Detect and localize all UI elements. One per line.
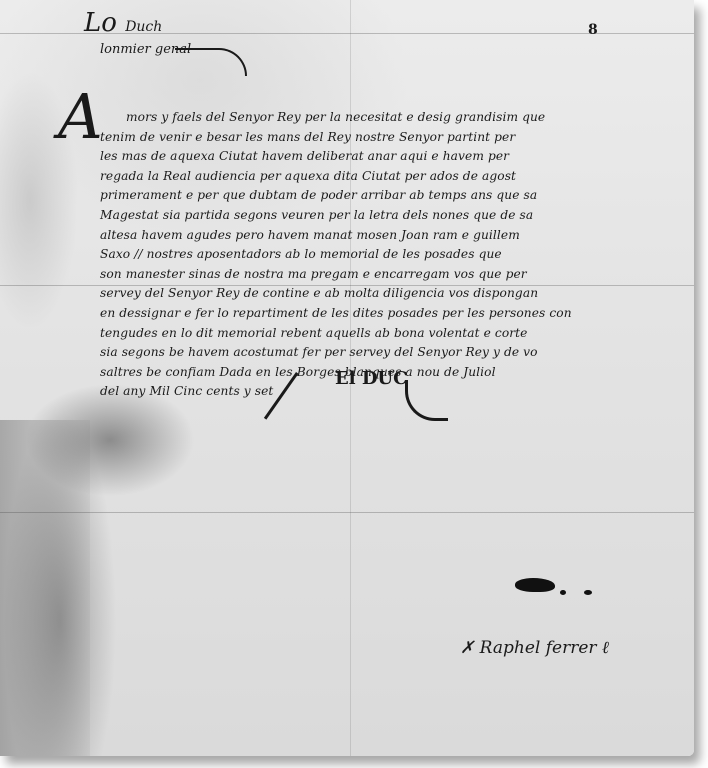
- signature-mark-right: ℓ: [602, 638, 609, 658]
- body-line: regada la Real audiencia per aquexa dita…: [100, 167, 660, 187]
- signature-flourish: [405, 380, 448, 421]
- body-line: mors y faels del Senyor Rey per la neces…: [100, 108, 660, 128]
- secretary-name: Raphel ferrer: [480, 638, 597, 658]
- body-line: tengudes en lo dit memorial rebent aquel…: [100, 324, 660, 344]
- header-word: Duch: [125, 19, 162, 35]
- header-initial: Lo: [84, 8, 117, 38]
- manuscript-page: Lo Duch lonmier genal 8 A mors y faels d…: [0, 0, 694, 756]
- body-line: sia segons be havem acostumat fer per se…: [100, 343, 660, 363]
- body-line: son manester sinas de nostra ma pregam e…: [100, 265, 660, 285]
- body-line: tenim de venir e besar les mans del Rey …: [100, 128, 660, 148]
- letter-body: mors y faels del Senyor Rey per la neces…: [100, 108, 660, 402]
- decorated-initial: A: [58, 86, 103, 148]
- body-line: les mas de aquexa Ciutat havem deliberat…: [100, 147, 660, 167]
- header-addressee: Lo Duch: [84, 8, 162, 38]
- ink-blot: [515, 578, 555, 592]
- duke-signature: El DUC: [335, 368, 407, 389]
- body-line: Magestat sia partida segons veuren per l…: [100, 206, 660, 226]
- body-line: servey del Senyor Rey de contine e ab mo…: [100, 284, 660, 304]
- page-number: 8: [588, 22, 598, 38]
- body-line: en dessignar e fer lo repartiment de les…: [100, 304, 660, 324]
- secretary-signature: ✗ Raphel ferrer ℓ: [460, 638, 609, 658]
- signature-mark-left: ✗: [460, 638, 480, 658]
- header-flourish: [175, 48, 247, 76]
- body-line: altesa havem agudes pero havem manat mos…: [100, 226, 660, 246]
- body-line: Saxo // nostres aposentadors ab lo memor…: [100, 245, 660, 265]
- body-line: primerament e per que dubtam de poder ar…: [100, 186, 660, 206]
- ink-blot: [584, 590, 592, 595]
- water-damage: [0, 420, 90, 756]
- fold-line: [0, 512, 694, 513]
- ink-blot: [560, 590, 566, 595]
